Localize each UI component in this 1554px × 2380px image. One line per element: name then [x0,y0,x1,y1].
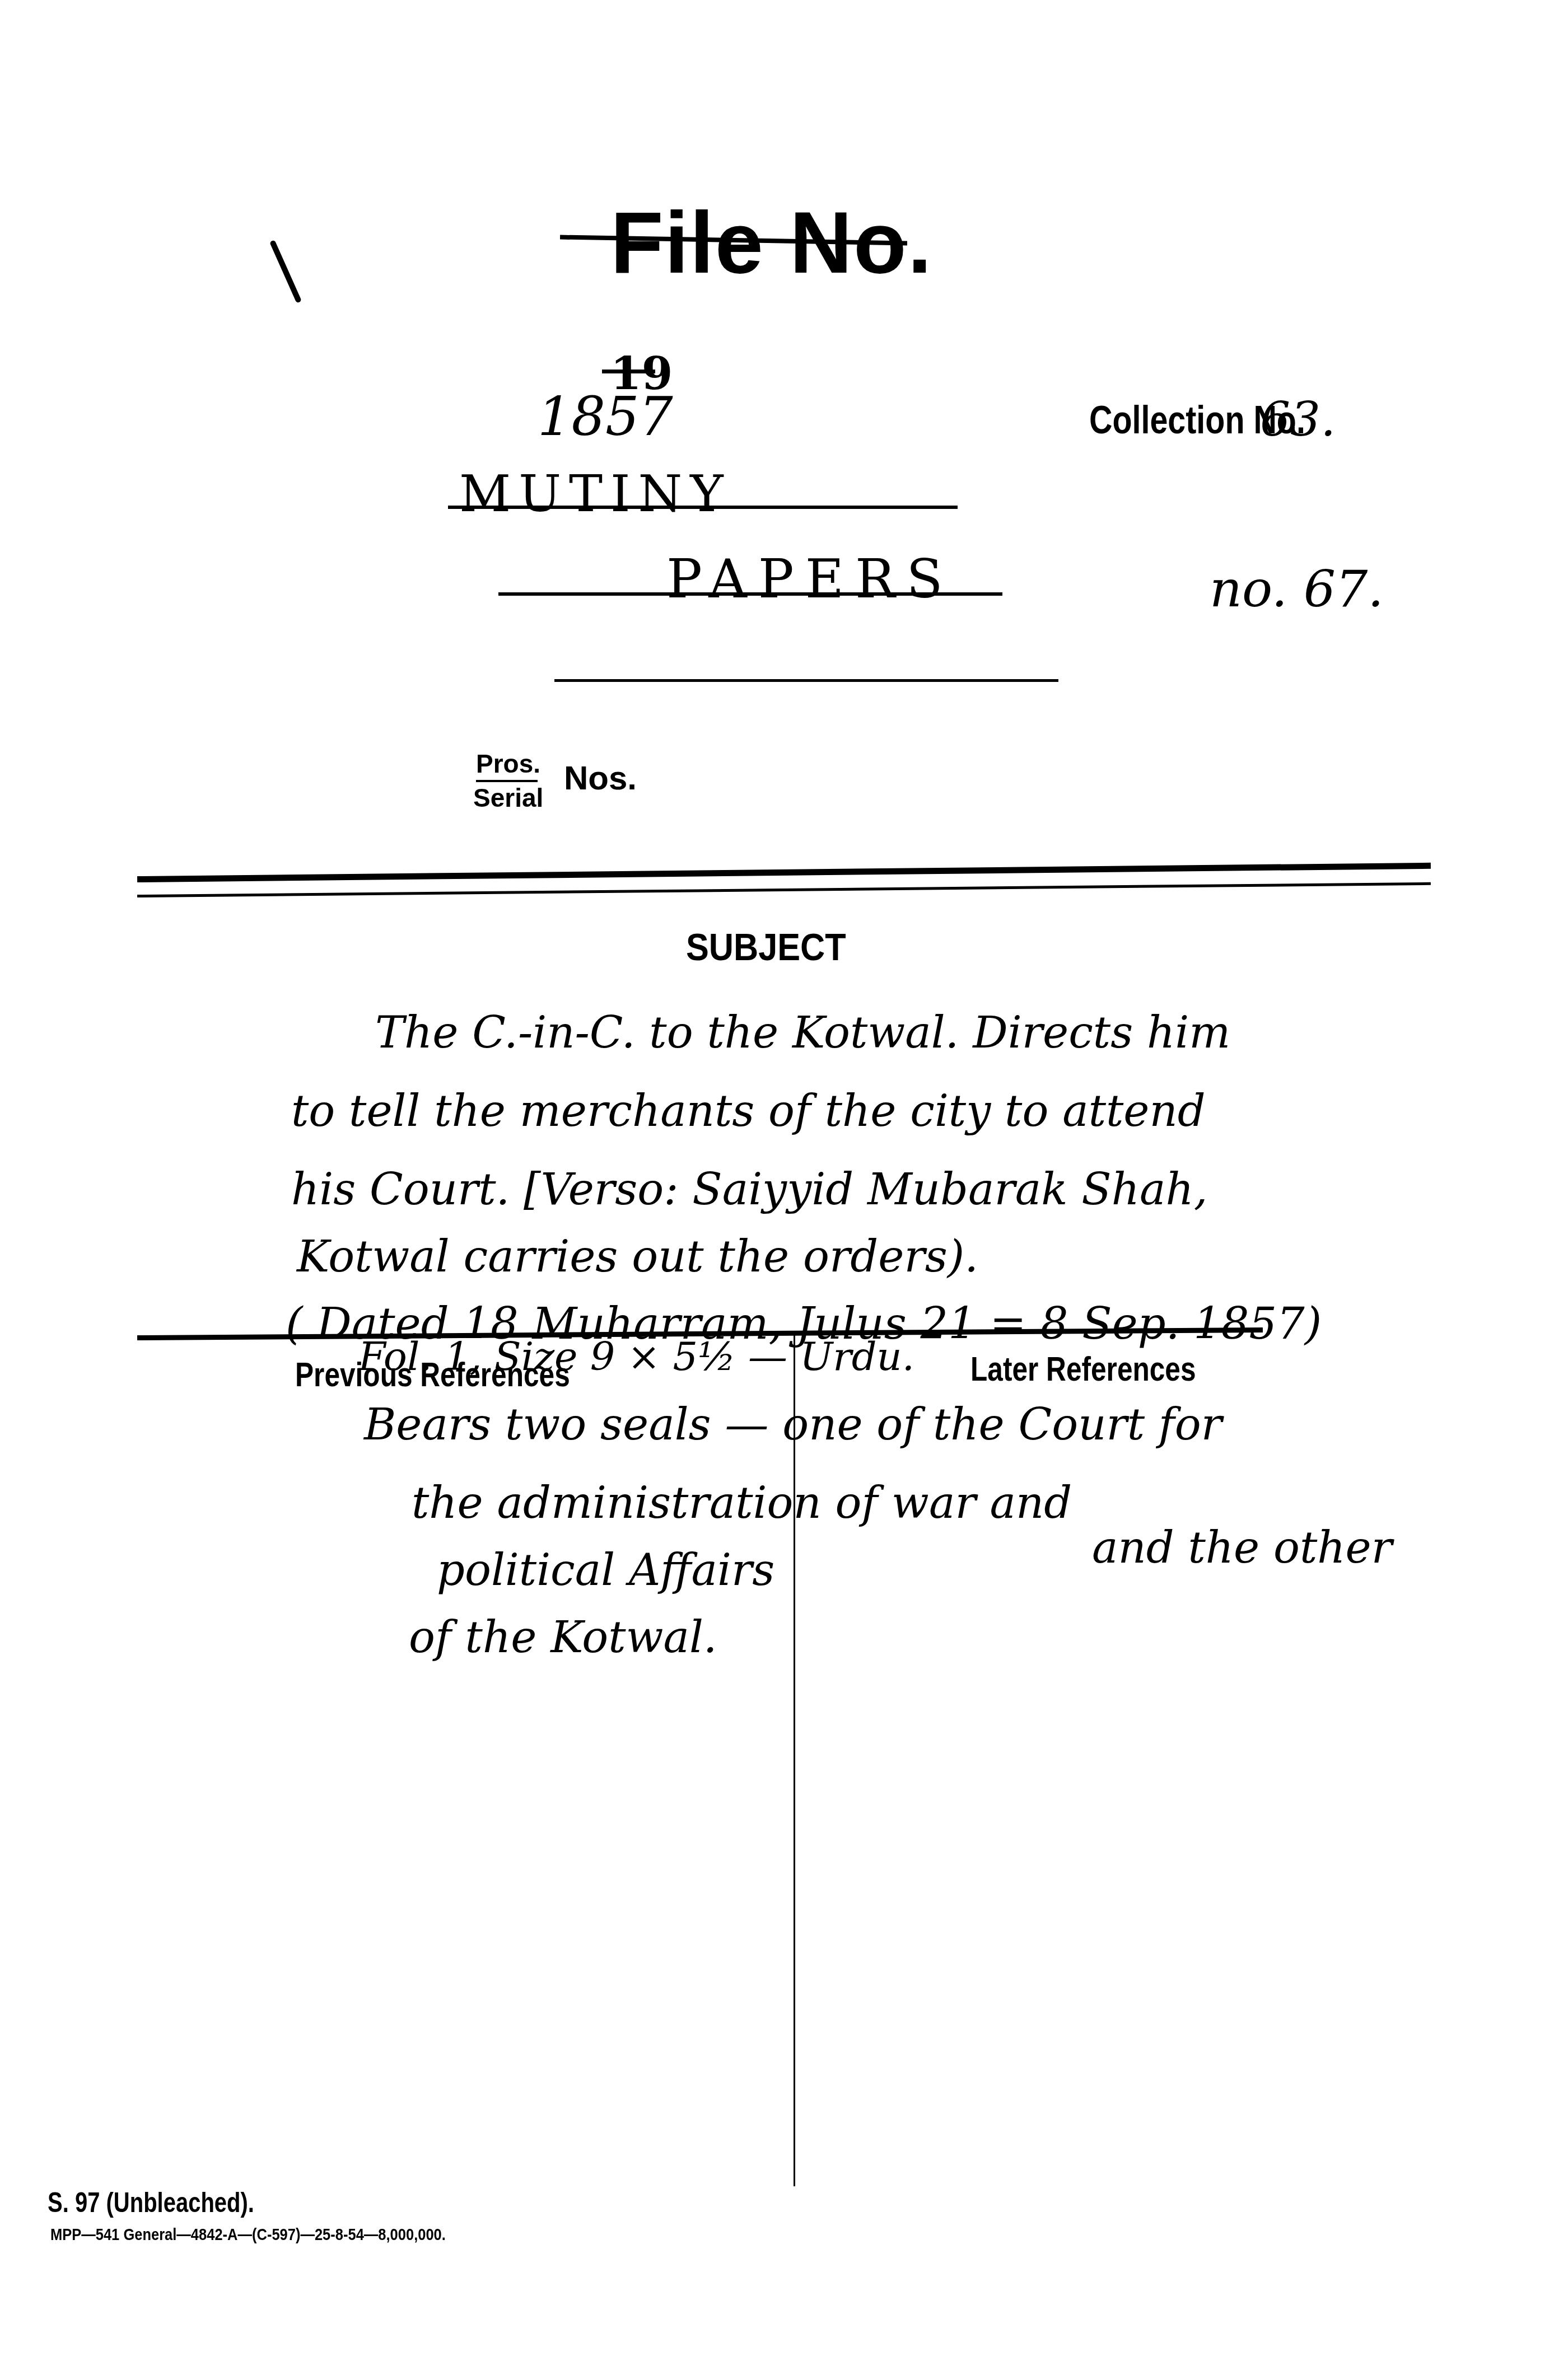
previous-references-label: Previous References [295,1355,570,1395]
note-line: political Affairs [437,1545,774,1596]
file-name-line-1: MUTINY [459,465,731,523]
section-rule-thick [137,863,1431,882]
note-line: and the other [1092,1523,1392,1573]
note-line: Bears two seals — one of the Court for [364,1400,1222,1450]
subject-line: his Court. [Verso: Saiyyid Mubarak Shah, [291,1165,1207,1215]
file-name-line-2: PAPERS [666,549,954,610]
note-line: of the Kotwal. [409,1612,717,1663]
subject-line: The C.-in-C. to the Kotwal. Directs him [375,1008,1230,1058]
strikethrough-line [602,370,655,373]
form-code: S. 97 (Unbleached). [48,2186,254,2219]
file-year: 1857 [538,386,673,448]
nos-label: Nos. [564,759,637,797]
item-number: no. 67. [1210,560,1384,619]
file-name-underline-1 [448,506,958,509]
subject-line: Kotwal carries out the orders). [297,1232,978,1282]
subject-heading: SUBJECT [686,925,846,969]
file-name-underline-2 [498,592,1002,596]
note-line: the administration of war and [412,1478,1072,1528]
collection-number: 63. [1260,392,1336,447]
fraction-divider [476,780,538,782]
printer-imprint: MPP—541 General—4842-A—(C-597)—25-8-54—8… [50,2225,446,2245]
pen-slash-mark [269,240,302,303]
subject-line: to tell the merchants of the city to att… [291,1086,1206,1137]
pros-label: Pros. [476,749,540,779]
references-column-divider [794,1335,795,2186]
section-rule-thin [137,882,1431,897]
serial-label: Serial [473,783,543,813]
later-references-label: Later References [970,1349,1196,1389]
blank-underline [554,679,1058,682]
